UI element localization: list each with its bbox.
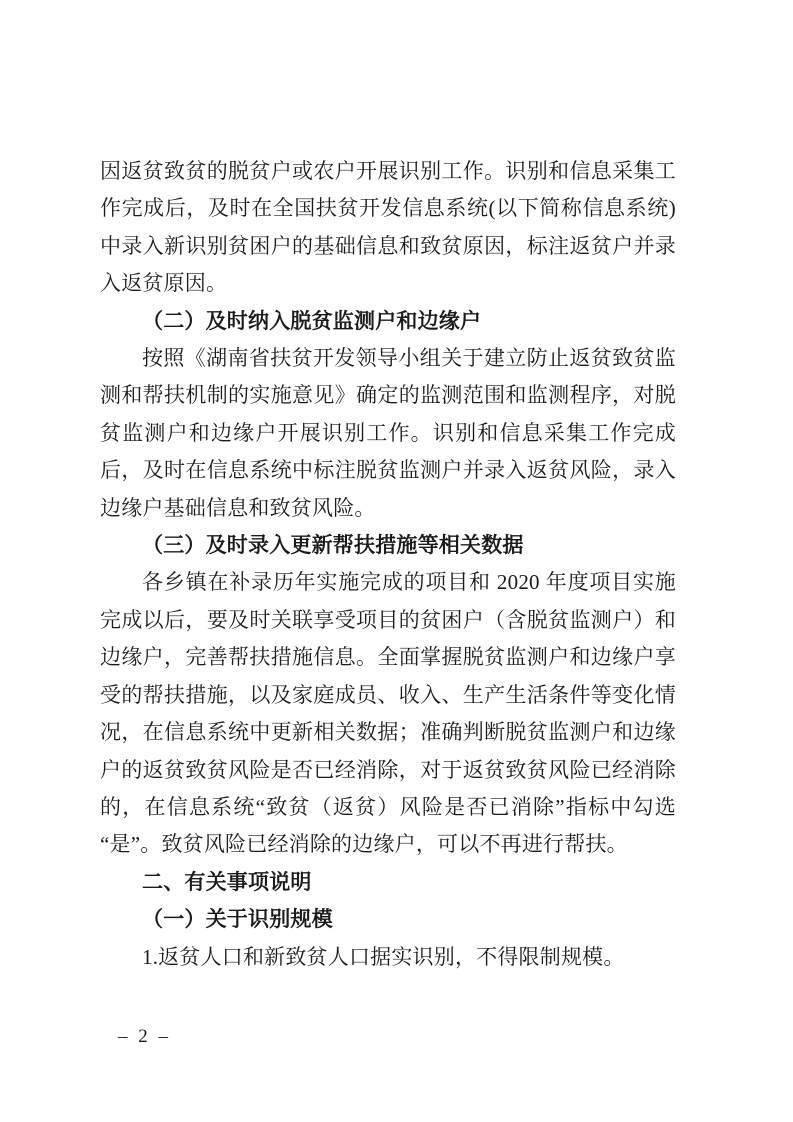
chapter-heading-2: 二、有关事项说明 [100,864,676,901]
section-heading-2: （二）及时纳入脱贫监测户和边缘户 [100,303,676,340]
page-body: 因返贫致贫的脱贫户或农户开展识别工作。识别和信息采集工作完成后，及时在全国扶贫开… [100,153,676,976]
page-number-footer: – 2 – [118,1026,171,1048]
section-heading-1: （一）关于识别规模 [100,901,676,938]
document-page: 因返贫致贫的脱贫户或农户开展识别工作。识别和信息采集工作完成后，及时在全国扶贫开… [0,0,793,1122]
body-paragraph: 按照《湖南省扶贫开发领导小组关于建立防止返贫致贫监测和帮扶机制的实施意见》确定的… [100,340,676,527]
section-heading-3: （三）及时录入更新帮扶措施等相关数据 [100,527,676,564]
body-paragraph-continuation: 因返贫致贫的脱贫户或农户开展识别工作。识别和信息采集工作完成后，及时在全国扶贫开… [100,153,676,303]
body-paragraph: 各乡镇在补录历年实施完成的项目和 2020 年度项目实施完成以后，要及时关联享受… [100,564,676,863]
body-paragraph: 1.返贫人口和新致贫人口据实识别，不得限制规模。 [100,939,676,976]
